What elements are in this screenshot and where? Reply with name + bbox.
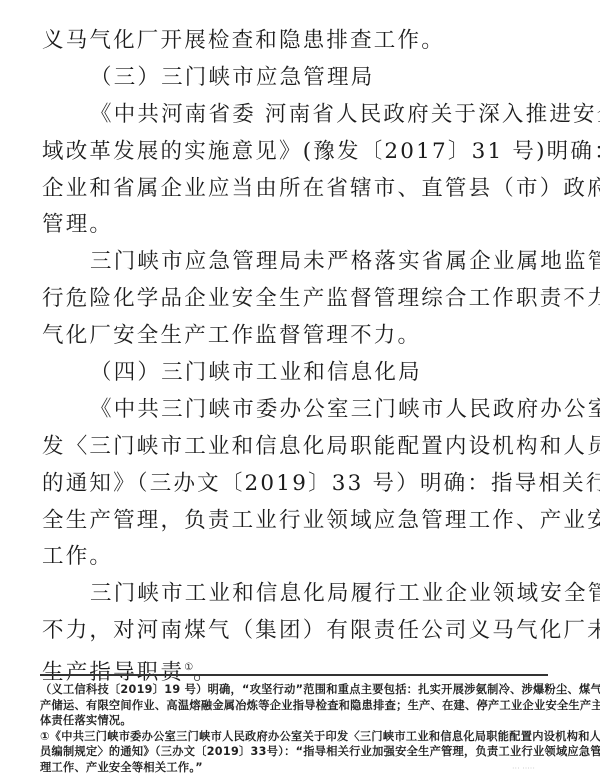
body-line: 气化厂安全生产工作监督管理不力。 — [42, 318, 554, 355]
body-line: 三门峡市工业和信息化局履行工业企业领域安全管理职责 — [42, 576, 554, 613]
body-line: 全生产管理，负责工业行业领域应急管理工作、产业安全等相关 — [42, 503, 554, 540]
footnote-line: 理工作、产业安全等相关工作。” — [40, 760, 560, 776]
section-heading-emergency-bureau: （三）三门峡市应急管理局 — [42, 60, 554, 97]
body-line: 《中共三门峡市委办公室三门峡市人民政府办公室关于印 — [42, 392, 554, 429]
section-heading-industry-bureau: （四）三门峡市工业和信息化局 — [42, 355, 554, 392]
footnote-line: 产储运、有限空间作业、高温熔融金属冶炼等企业指导检查和隐患排查；生产、在建、停产… — [40, 698, 560, 714]
body-line: 工作。 — [42, 539, 554, 576]
body-line: 行危险化学品企业安全生产监督管理综合工作职责不力，对义马 — [42, 281, 554, 318]
footnote-divider — [40, 674, 548, 676]
footnote-line: ①《中共三门峡市委办公室三门峡市人民政府办公室关于印发〈三门峡市工业和信息化局职… — [40, 729, 560, 745]
footnote-line: 体责任落实情况。 — [40, 713, 560, 729]
body-line: 义马气化厂开展检查和隐患排查工作。 — [42, 23, 554, 60]
footnote-line: （义工信科技〔2019〕19 号）明确，“攻坚行动”范围和重点主要包括：扎实开展… — [40, 682, 560, 698]
body-line: 《中共河南省委 河南省人民政府关于深入推进安全生产领 — [42, 97, 554, 134]
footnote-line: 员编制规定〉的通知》（三办文〔2019〕33号）：“指导相关行业加强安全生产管理… — [40, 744, 560, 760]
footnote-marker[interactable]: ① — [184, 662, 193, 673]
body-text: 义马气化厂开展检查和隐患排查工作。 （三）三门峡市应急管理局 《中共河南省委 河… — [42, 23, 554, 687]
body-line: 域改革发展的实施意见》(豫发〔2017〕31 号)明确：中央驻豫 — [42, 134, 554, 171]
watermark: ··· ····· — [512, 764, 535, 773]
footnotes: （义工信科技〔2019〕19 号）明确，“攻坚行动”范围和重点主要包括：扎实开展… — [40, 682, 560, 776]
body-line: 不力，对河南煤气（集团）有限责任公司义马气化厂未履行安全 — [42, 613, 554, 650]
body-line: 企业和省属企业应当由所在省辖市、直管县（市）政府实施属地 — [42, 171, 554, 208]
body-line: 管理。 — [42, 207, 554, 244]
body-line: 三门峡市应急管理局未严格落实省属企业属地监管职责，履 — [42, 244, 554, 281]
body-line: 发〈三门峡市工业和信息化局职能配置内设机构和人员编制规定〉 — [42, 429, 554, 466]
document-page: 义马气化厂开展检查和隐患排查工作。 （三）三门峡市应急管理局 《中共河南省委 河… — [0, 0, 600, 778]
body-line: 的通知》（三办文〔2019〕33 号）明确：指导相关行业加强安 — [42, 466, 554, 503]
